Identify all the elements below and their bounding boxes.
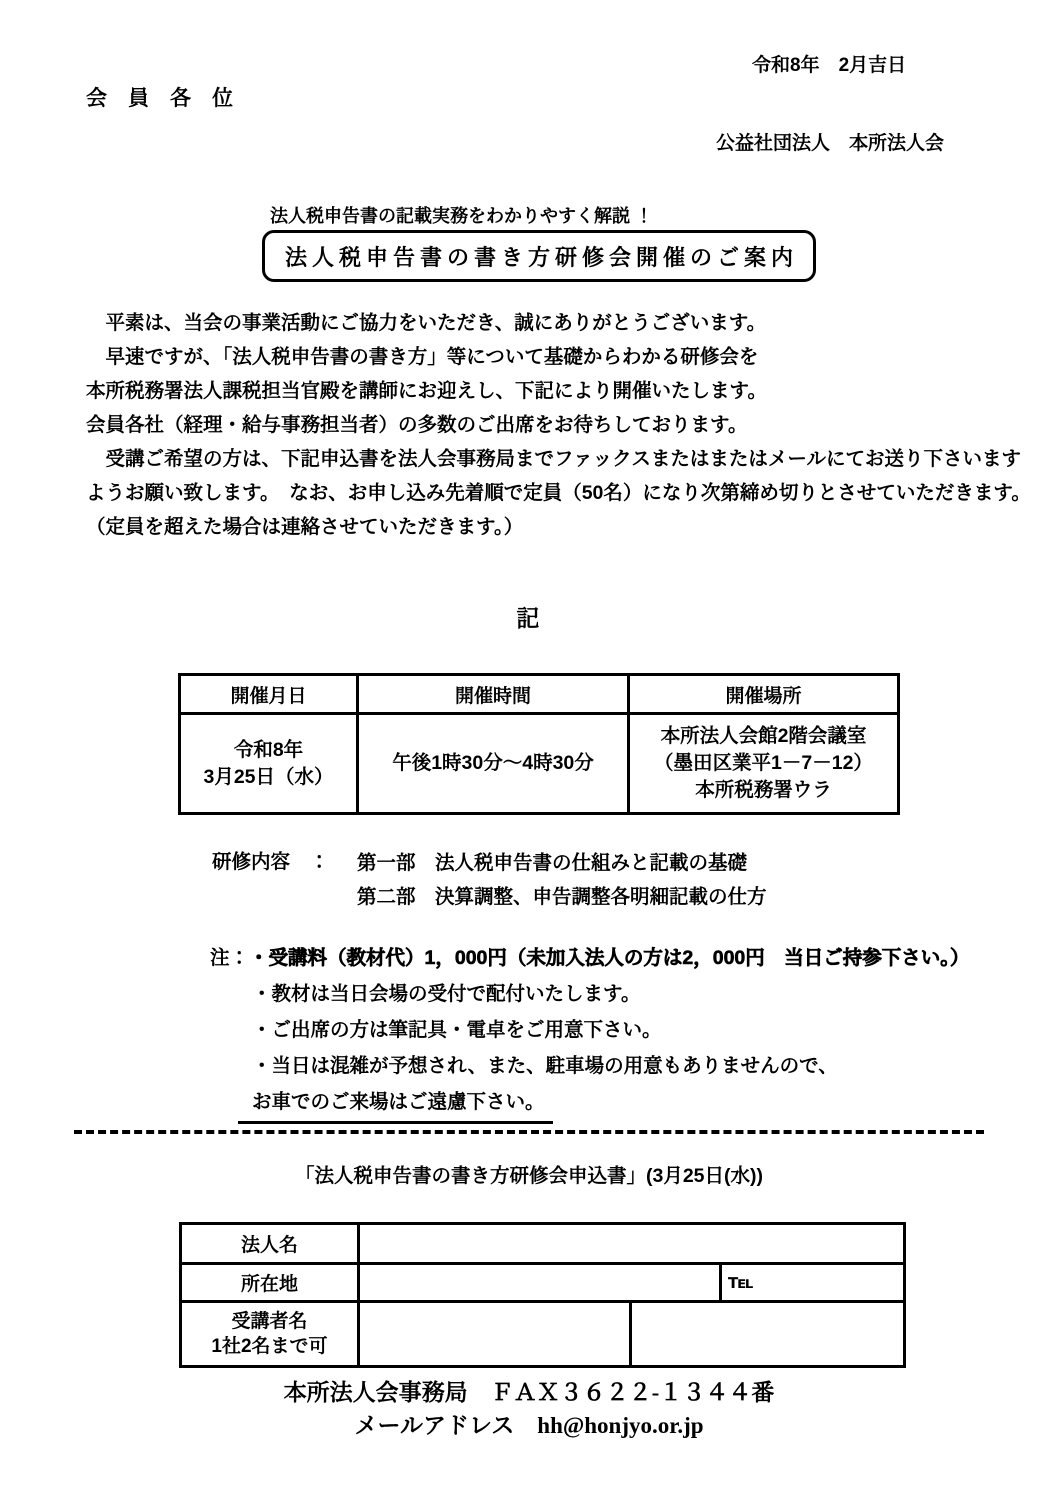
attendee-name-field-1[interactable]: [360, 1303, 632, 1365]
attendee-label-line1: 受講者名: [231, 1309, 307, 1334]
schedule-header-time: 開催時間: [358, 675, 629, 714]
body-line: 会員各社（経理・給与事務担当者）の多数のご出席をお待ちしております。: [86, 408, 1016, 442]
note-item: ・教材は当日会場の受付で配付いたします。: [252, 976, 970, 1012]
application-form-table: 法人名 所在地 ℡ 受講者名 1社2名まで可: [179, 1222, 906, 1368]
catchphrase: 法人税申告書の記載実務をわかりやすく解説 ！: [270, 202, 653, 228]
document-page: 令和8年 2月吉日 会 員 各 位 公益社団法人 本所法人会 法人税申告書の記載…: [0, 0, 1058, 1496]
note-warning-row: お車でのご来場はご遠慮下さい。: [238, 1084, 970, 1124]
footer-contact: 本所法人会事務局 ＦＡＸ３６２２-１３４４番 メールアドレス hh@honjyo…: [0, 1376, 1058, 1442]
body-paragraphs: 平素は、当会の事業活動にご協力をいただき、誠にありがとうございます。 早速ですが…: [86, 306, 1016, 544]
body-line: 受講ご希望の方は、下記申込書を法人会事務局までファックスまたはまたはメールにてお…: [86, 442, 1016, 476]
body-line: （定員を超えた場合は連絡させていただきます。）: [86, 510, 1016, 544]
application-form-title: 「法人税申告書の書き方研修会申込書」(3月25日(水)): [0, 1160, 1058, 1188]
attendee-label-line2: 1社2名まで可: [211, 1334, 327, 1359]
curriculum-part2: 第二部 決算調整、申告調整各明細記載の仕方: [357, 880, 767, 914]
schedule-header-place: 開催場所: [629, 675, 899, 714]
note-fee-row: 注： ・受講料（教材代）1，000円（未加入法人の方は2，000円 当日ご持参下…: [210, 940, 970, 976]
notes-label: 注：: [210, 940, 249, 976]
schedule-date-cell: 令和8年 3月25日（水）: [180, 714, 358, 814]
tel-field[interactable]: ℡: [722, 1265, 903, 1303]
curriculum-part1: 第一部 法人税申告書の仕組みと記載の基礎: [357, 846, 767, 880]
notes-section: 注： ・受講料（教材代）1，000円（未加入法人の方は2，000円 当日ご持参下…: [210, 940, 970, 1124]
schedule-header-row: 開催月日 開催時間 開催場所: [180, 675, 899, 714]
note-warning-underlined: お車でのご来場はご遠慮下さい。: [238, 1084, 553, 1124]
tel-label: ℡: [728, 1269, 754, 1294]
boxed-title-text: 法人税申告書の書き方研修会開催のご案内: [285, 241, 798, 272]
document-date: 令和8年 2月吉日: [752, 50, 906, 77]
schedule-table: 開催月日 開催時間 開催場所 令和8年 3月25日（水） 午後1時30分～4時3…: [178, 673, 900, 815]
footer-fax-line: 本所法人会事務局 ＦＡＸ３６２２-１３４４番: [0, 1376, 1058, 1409]
attendee-name-field-2[interactable]: [632, 1303, 903, 1365]
schedule-place-line2: （墨田区業平1－7－12）: [630, 750, 897, 777]
note-item: ・ご出席の方は筆記具・電卓をご用意下さい。: [252, 1012, 970, 1048]
cutoff-dashed-line: [74, 1130, 984, 1134]
boxed-title: 法人税申告書の書き方研修会開催のご案内: [262, 230, 816, 282]
company-name-field[interactable]: [360, 1225, 903, 1265]
recipient-line: 会 員 各 位: [86, 82, 233, 112]
body-line: ようお願い致します。 なお、お申し込み先着順で定員（50名）になり次第締め切りと…: [86, 476, 1016, 510]
body-line: 早速ですが、「法人税申告書の書き方」等について基礎からわかる研修会を: [86, 340, 1016, 374]
schedule-time-cell: 午後1時30分～4時30分: [358, 714, 629, 814]
address-field[interactable]: [360, 1265, 722, 1303]
sender-organization: 公益社団法人 本所法人会: [716, 128, 944, 155]
schedule-place-line3: 本所税務署ウラ: [630, 777, 897, 804]
curriculum-section: 研修内容 ： 第一部 法人税申告書の仕組みと記載の基礎 第二部 決算調整、申告調…: [212, 846, 767, 914]
schedule-place-line1: 本所法人会館2階会議室: [630, 723, 897, 750]
body-line: 平素は、当会の事業活動にご協力をいただき、誠にありがとうございます。: [86, 306, 1016, 340]
schedule-date-line1: 令和8年: [181, 737, 356, 764]
schedule-data-row: 令和8年 3月25日（水） 午後1時30分～4時30分 本所法人会館2階会議室 …: [180, 714, 899, 814]
company-name-label: 法人名: [182, 1225, 360, 1265]
body-line: 本所税務署法人課税担当官殿を講師にお迎えし、下記により開催いたします。: [86, 374, 1016, 408]
curriculum-label: 研修内容 ：: [212, 846, 329, 914]
note-fee: ・受講料（教材代）1，000円（未加入法人の方は2，000円 当日ご持参下さい。…: [249, 940, 970, 976]
schedule-place-cell: 本所法人会館2階会議室 （墨田区業平1－7－12） 本所税務署ウラ: [629, 714, 899, 814]
schedule-date-line2: 3月25日（水）: [181, 764, 356, 791]
schedule-header-date: 開催月日: [180, 675, 358, 714]
attendee-name-label: 受講者名 1社2名まで可: [182, 1303, 360, 1365]
note-item: ・当日は混雑が予想され、また、駐車場の用意もありませんので、: [252, 1048, 970, 1084]
address-label: 所在地: [182, 1265, 360, 1303]
footer-mail-line: メールアドレス hh@honjyo.or.jp: [0, 1409, 1058, 1442]
record-mark: 記: [0, 600, 1058, 633]
curriculum-items: 第一部 法人税申告書の仕組みと記載の基礎 第二部 決算調整、申告調整各明細記載の…: [357, 846, 767, 914]
